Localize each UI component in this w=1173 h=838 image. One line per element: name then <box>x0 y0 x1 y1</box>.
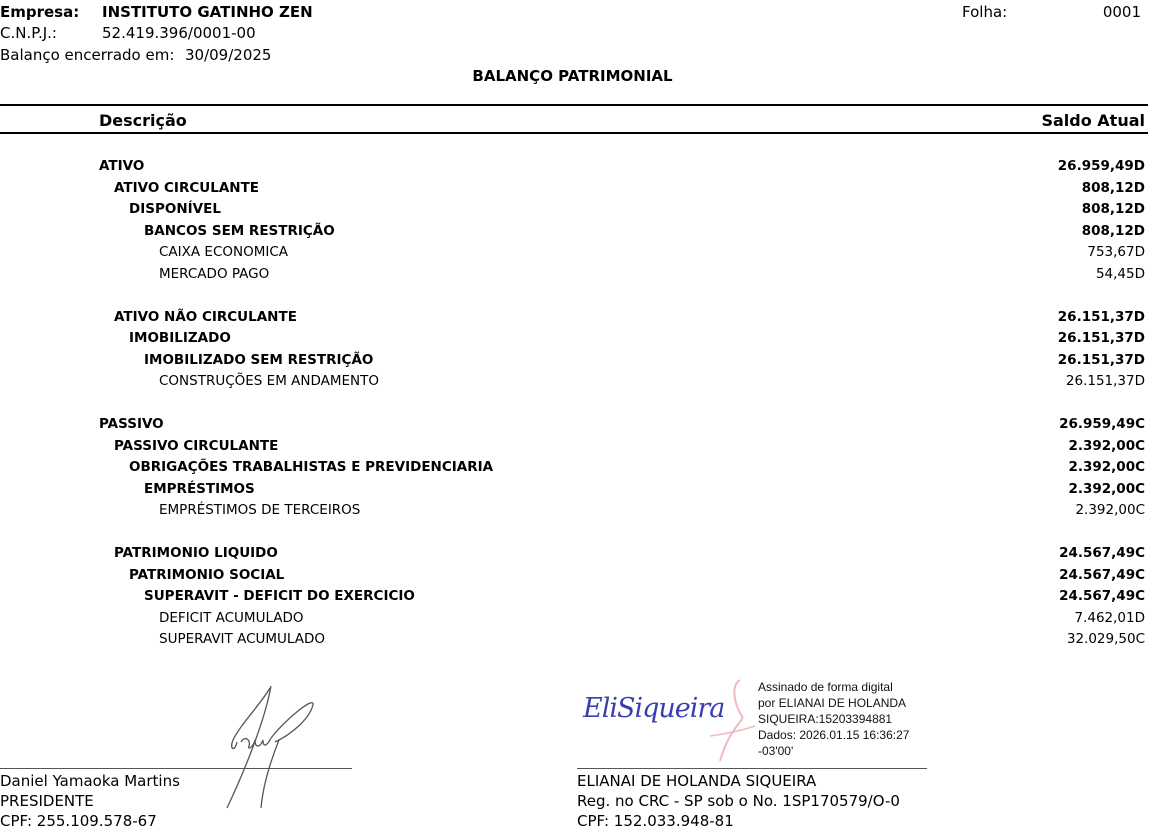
account-description: SUPERAVIT ACUMULADO <box>159 629 325 650</box>
signer-left-role: PRESIDENTE <box>0 792 94 811</box>
account-balance: 24.567,49C <box>1059 586 1145 607</box>
account-balance: 26.151,37D <box>1058 328 1145 349</box>
table-row: CONSTRUÇÕES EM ANDAMENTO26.151,37D <box>0 371 1145 392</box>
account-balance: 808,12D <box>1082 199 1145 220</box>
account-description: IMOBILIZADO SEM RESTRIÇÃO <box>144 350 373 371</box>
account-balance: 26.151,37D <box>1058 307 1145 328</box>
account-description: MERCADO PAGO <box>159 264 269 285</box>
account-description: IMOBILIZADO <box>129 328 231 349</box>
account-balance: 808,12D <box>1082 178 1145 199</box>
cnpj-label: C.N.P.J.: <box>0 23 57 43</box>
signer-right-registration: Reg. no CRC - SP sob o No. 1SP170579/O-0 <box>577 792 900 811</box>
account-balance: 7.462,01D <box>1074 608 1145 629</box>
account-balance: 2.392,00C <box>1068 457 1145 478</box>
table-row: PATRIMONIO LIQUIDO24.567,49C <box>0 543 1145 564</box>
signature-line-right <box>577 768 927 769</box>
table-row: IMOBILIZADO26.151,37D <box>0 328 1145 349</box>
account-description: EMPRÉSTIMOS DE TERCEIROS <box>159 500 360 521</box>
account-balance: 26.151,37D <box>1066 371 1145 392</box>
account-description: PASSIVO <box>99 414 164 435</box>
table-header-bottom-rule <box>0 132 1148 134</box>
report-title: BALANÇO PATRIMONIAL <box>0 66 1145 86</box>
account-balance: 26.151,37D <box>1058 350 1145 371</box>
account-balance: 54,45D <box>1096 264 1145 285</box>
table-row: EMPRÉSTIMOS2.392,00C <box>0 479 1145 500</box>
account-description: SUPERAVIT - DEFICIT DO EXERCICIO <box>144 586 415 607</box>
account-balance: 24.567,49C <box>1059 565 1145 586</box>
account-description: ATIVO NÃO CIRCULANTE <box>114 307 297 328</box>
empresa-label: Empresa: <box>0 2 79 22</box>
table-row: OBRIGAÇÕES TRABALHISTAS E PREVIDENCIARIA… <box>0 457 1145 478</box>
table-row: MERCADO PAGO54,45D <box>0 264 1145 285</box>
cnpj-value: 52.419.396/0001-00 <box>102 23 256 43</box>
account-description: CONSTRUÇÕES EM ANDAMENTO <box>159 371 379 392</box>
balanco-date-value: 30/09/2025 <box>185 45 271 65</box>
account-description: ATIVO <box>99 156 144 177</box>
handwritten-signature-left <box>205 680 335 815</box>
table-row: DEFICIT ACUMULADO7.462,01D <box>0 608 1145 629</box>
digital-signature-line: SIQUEIRA:15203394881 <box>758 711 909 727</box>
digital-signature-line: -03'00' <box>758 743 909 759</box>
account-balance: 32.029,50C <box>1067 629 1145 650</box>
account-balance: 26.959,49C <box>1059 414 1145 435</box>
account-balance: 2.392,00C <box>1075 500 1145 521</box>
account-description: DISPONÍVEL <box>129 199 221 220</box>
account-description: PATRIMONIO LIQUIDO <box>114 543 278 564</box>
digital-signature-block: Assinado de forma digital por ELIANAI DE… <box>758 679 909 759</box>
table-row: SUPERAVIT ACUMULADO32.029,50C <box>0 629 1145 650</box>
table-row: CAIXA ECONOMICA753,67D <box>0 242 1145 263</box>
signer-left-cpf: CPF: 255.109.578-67 <box>0 812 157 831</box>
account-balance: 753,67D <box>1087 242 1145 263</box>
account-description: ATIVO CIRCULANTE <box>114 178 259 199</box>
table-row: PATRIMONIO SOCIAL24.567,49C <box>0 565 1145 586</box>
table-row: PASSIVO CIRCULANTE2.392,00C <box>0 436 1145 457</box>
digital-signature-line: Dados: 2026.01.15 16:36:27 <box>758 727 909 743</box>
table-row: ATIVO NÃO CIRCULANTE26.151,37D <box>0 307 1145 328</box>
table-row: EMPRÉSTIMOS DE TERCEIROS2.392,00C <box>0 500 1145 521</box>
account-description: CAIXA ECONOMICA <box>159 242 288 263</box>
balanco-date-label: Balanço encerrado em: <box>0 45 174 65</box>
account-description: DEFICIT ACUMULADO <box>159 608 304 629</box>
table-row: SUPERAVIT - DEFICIT DO EXERCICIO24.567,4… <box>0 586 1145 607</box>
table-row: BANCOS SEM RESTRIÇÃO808,12D <box>0 221 1145 242</box>
digital-signature-line: por ELIANAI DE HOLANDA <box>758 695 909 711</box>
table-row: ATIVO CIRCULANTE808,12D <box>0 178 1145 199</box>
account-description: OBRIGAÇÕES TRABALHISTAS E PREVIDENCIARIA <box>129 457 493 478</box>
account-balance: 24.567,49C <box>1059 543 1145 564</box>
table-row: PASSIVO26.959,49C <box>0 414 1145 435</box>
column-header-saldo-atual: Saldo Atual <box>1041 110 1145 132</box>
signer-right-cpf: CPF: 152.033.948-81 <box>577 812 734 831</box>
handwritten-signature-right: EliSiqueira <box>583 693 724 724</box>
empresa-value: INSTITUTO GATINHO ZEN <box>102 2 313 22</box>
signature-line-left <box>0 768 352 769</box>
account-balance: 808,12D <box>1082 221 1145 242</box>
account-description: BANCOS SEM RESTRIÇÃO <box>144 221 335 242</box>
table-top-rule <box>0 104 1148 106</box>
table-row: IMOBILIZADO SEM RESTRIÇÃO26.151,37D <box>0 350 1145 371</box>
folha-value: 0001 <box>1103 2 1141 22</box>
column-header-descricao: Descrição <box>99 110 187 132</box>
account-description: EMPRÉSTIMOS <box>144 479 255 500</box>
account-balance: 2.392,00C <box>1068 479 1145 500</box>
signer-right-name: ELIANAI DE HOLANDA SIQUEIRA <box>577 772 816 791</box>
signer-left-name: Daniel Yamaoka Martins <box>0 772 180 791</box>
table-row: DISPONÍVEL808,12D <box>0 199 1145 220</box>
folha-label: Folha: <box>962 2 1007 22</box>
table-row: ATIVO26.959,49D <box>0 156 1145 177</box>
account-balance: 26.959,49D <box>1058 156 1145 177</box>
digital-signature-line: Assinado de forma digital <box>758 679 909 695</box>
account-balance: 2.392,00C <box>1068 436 1145 457</box>
account-description: PASSIVO CIRCULANTE <box>114 436 278 457</box>
account-description: PATRIMONIO SOCIAL <box>129 565 284 586</box>
